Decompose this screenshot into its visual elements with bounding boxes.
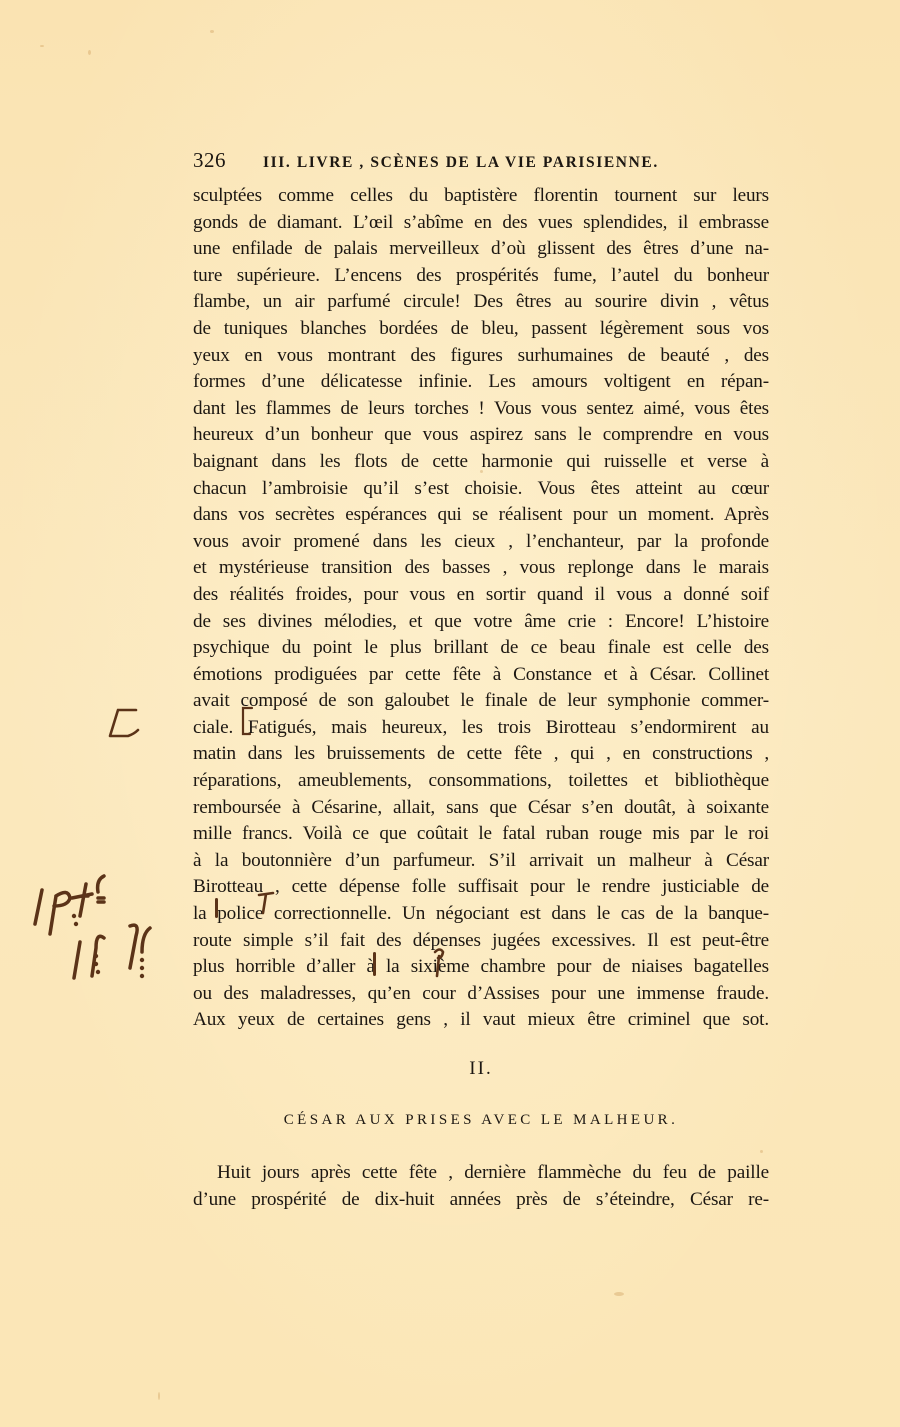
text-line: formes d’une délicatesse infinie. Les am… [193, 369, 769, 396]
paper-speck [760, 1150, 763, 1153]
text-line: remboursée à Césarine, allait, sans que … [193, 795, 769, 822]
proofreader-marks-icon [30, 872, 190, 1012]
correction-tee-icon [257, 891, 277, 915]
text-line: émotions prodiguées par cette fête à Con… [193, 662, 769, 689]
correction-stroke [373, 952, 376, 976]
text-line: ciale. Fatigués, mais heureux, les trois… [193, 715, 769, 742]
text-line: sculptées comme celles du baptistère flo… [193, 183, 769, 210]
text-line: dans vos secrètes espérances qui se réal… [193, 502, 769, 529]
correction-mark-icon [432, 948, 446, 978]
text-line: à la boutonnière d’un parfumeur. S’il ar… [193, 848, 769, 875]
text-line: flambe, un air parfumé circule! Des être… [193, 289, 769, 316]
text-line: réparations, ameublements, consommations… [193, 768, 769, 795]
chapter-number: II. [193, 1058, 769, 1080]
running-title: III. LIVRE , SCÈNES DE LA VIE PARISIENNE… [263, 154, 659, 172]
text-line: heureux d’un bonheur que vous aspirez sa… [193, 422, 769, 449]
text-line: mille francs. Voilà ce que coûtait le fa… [193, 821, 769, 848]
text-line: matin dans les bruissements de cette fêt… [193, 741, 769, 768]
body-text: sculptées comme celles du baptistère flo… [193, 183, 769, 1034]
correction-stroke [215, 898, 218, 918]
text-line: vous avoir promené dans les cieux , l’en… [193, 529, 769, 556]
text-line: Birotteau , cette dépense folle suffisai… [193, 874, 769, 901]
text-line: gonds de diamant. L’œil s’abîme en des v… [193, 210, 769, 237]
text-line: psychique du point le plus brillant de c… [193, 635, 769, 662]
paper-speck [614, 1292, 624, 1296]
chapter-title: CÉSAR AUX PRISES AVEC LE MALHEUR. [193, 1112, 769, 1129]
text-line: la police correctionnelle. Un négociant … [193, 901, 769, 928]
chapter-opening-text: Huit jours après cette fête , dernière f… [193, 1160, 769, 1213]
text-line: avait composé de son galoubet le finale … [193, 688, 769, 715]
paper-speck [40, 45, 44, 47]
text-line: de ses divines mélodies, et que votre âm… [193, 609, 769, 636]
paper-speck [158, 1392, 160, 1400]
text-line: des réalités froides, pour vous en sorti… [193, 582, 769, 609]
book-page: 326 III. LIVRE , SCÈNES DE LA VIE PARISI… [0, 0, 900, 1427]
paper-speck [88, 50, 91, 55]
inline-paragraph-bracket-icon [240, 706, 254, 736]
text-line: Aux yeux de certaines gens , il vaut mie… [193, 1007, 769, 1034]
text-line: route simple s’il fait des dépenses jugé… [193, 928, 769, 955]
text-line: chacun l’ambroisie qu’il s’est choisie. … [193, 476, 769, 503]
running-head: 326 III. LIVRE , SCÈNES DE LA VIE PARISI… [193, 148, 773, 174]
text-line: dant les flammes de leurs torches ! Vous… [193, 396, 769, 423]
text-line: de tuniques blanches bordées de bleu, pa… [193, 316, 769, 343]
text-line: et mystérieuse transition des basses , v… [193, 555, 769, 582]
text-line: plus horrible d’aller à la sixième chamb… [193, 954, 769, 981]
text-line: baignant dans les flots de cette harmoni… [193, 449, 769, 476]
page-number: 326 [193, 148, 263, 173]
paper-speck [210, 30, 214, 33]
text-line: Huit jours après cette fête , dernière f… [193, 1160, 769, 1187]
text-line: yeux en vous montrant des figures surhum… [193, 343, 769, 370]
text-line: ou des maladresses, qu’en cour d’Assises… [193, 981, 769, 1008]
text-line: une enfilade de palais merveilleux d’où … [193, 236, 769, 263]
text-line: ture supérieure. L’encens des prospérité… [193, 263, 769, 290]
paragraph-bracket-icon [104, 706, 144, 742]
text-line: d’une prospérité de dix-huit années près… [193, 1187, 769, 1214]
